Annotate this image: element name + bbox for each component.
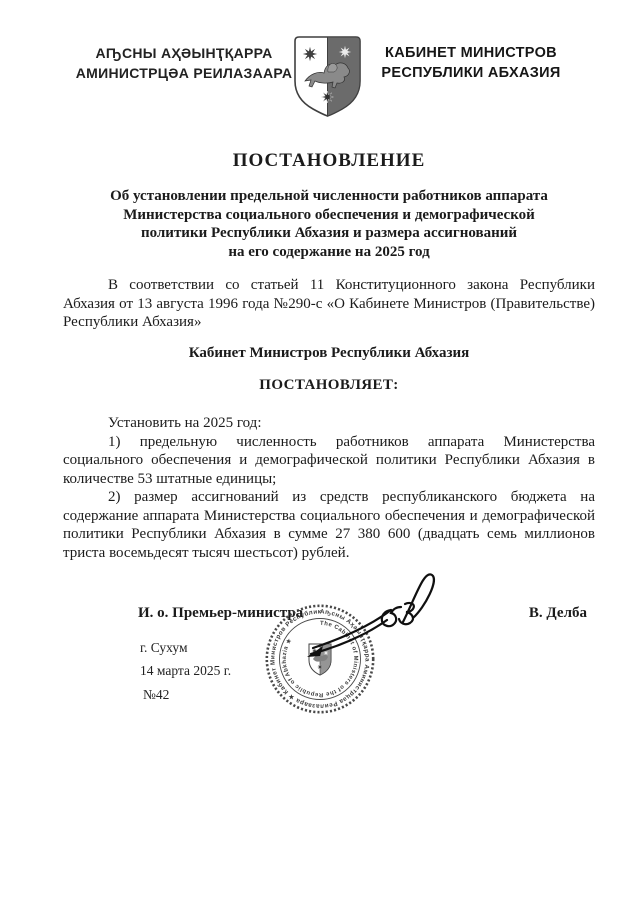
authority-line: Кабинет Министров Республики Абхазия [63,345,595,362]
resolution-item-2: 2) размер ассигнований из средств респуб… [63,488,595,562]
signer-name: В. Делба [529,605,587,622]
decree-document-page: АҦСНЫ АҲӘЫНҬҚАРРА АМИНИСТРЦӘА РЕИЛАЗААРА… [0,0,640,905]
resolution-body: Установить на 2025 год: 1) предельную чи… [63,414,595,562]
letterhead-abkhaz-line1: АҦСНЫ АҲӘЫНҬҚАРРА [39,44,329,64]
star-icon [317,664,323,670]
letterhead-russian-title: КАБИНЕТ МИНИСТРОВ РЕСПУБЛИКИ АБХАЗИЯ [356,44,586,83]
letterhead-russian-line1: КАБИНЕТ МИНИСТРОВ [356,44,586,64]
resolution-intro: Установить на 2025 год: [63,414,595,433]
letterhead-abkhaz-title: АҦСНЫ АҲӘЫНҬҚАРРА АМИНИСТРЦӘА РЕИЛАЗААРА [39,44,329,83]
signature-stroke [403,574,434,622]
issue-city: г. Сухум [140,636,231,659]
document-title: ПОСТАНОВЛЕНИЕ [63,150,595,172]
signature-stroke [382,607,401,626]
preamble-text: В соответствии со статьей 11 Конституцио… [63,276,595,332]
coat-of-arms-icon [289,33,366,119]
letterhead-abkhaz-line2: АМИНИСТРЦӘА РЕИЛАЗААРА [39,64,329,84]
letterhead-russian-line2: РЕСПУБЛИКИ АБХАЗИЯ [356,64,586,84]
star-icon [322,91,334,103]
handwritten-signature [275,560,465,665]
resolves-line: ПОСТАНОВЛЯЕТ: [63,377,595,394]
signature-stroke [311,620,387,654]
signature-stroke [313,610,391,648]
star-icon [303,47,317,61]
issue-details: г. Сухум 14 марта 2025 г. №42 [140,636,231,706]
star-icon [339,46,351,58]
issue-date: 14 марта 2025 г. [140,659,231,682]
preamble-paragraph: В соответствии со статьей 11 Конституцио… [63,276,595,332]
document-subject: Об установлении предельной численности р… [63,187,595,261]
issue-number: №42 [143,683,231,706]
resolution-item-1: 1) предельную численность работников апп… [63,433,595,489]
